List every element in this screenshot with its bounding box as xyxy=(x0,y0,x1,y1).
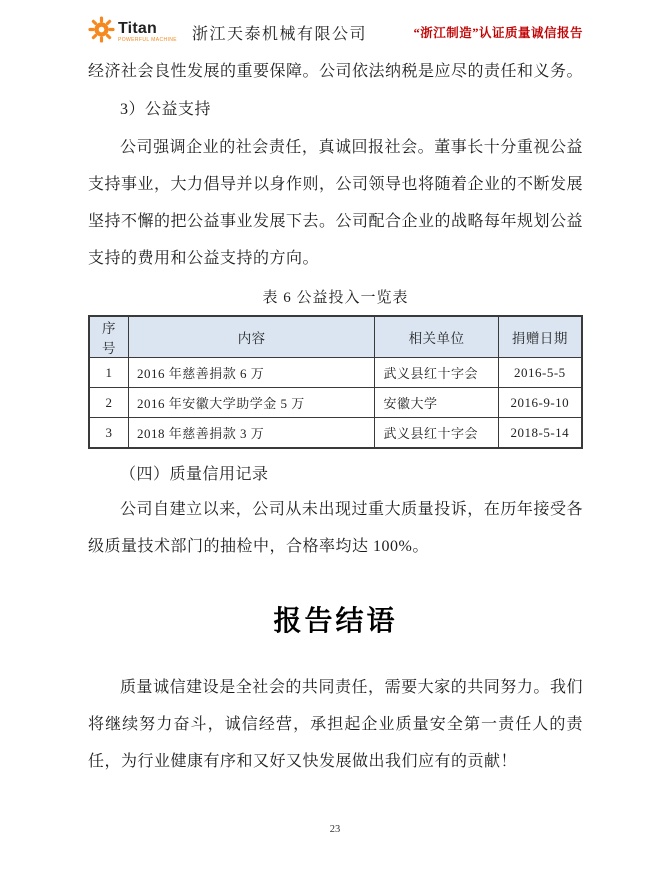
titan-logo: Titan POWERFUL MACHINE xyxy=(88,16,180,48)
cell-org: 武义县红十字会 xyxy=(375,358,498,388)
gear-icon xyxy=(88,16,115,48)
cell-org: 安徽大学 xyxy=(375,388,498,418)
cell-date: 2016-5-5 xyxy=(498,358,582,388)
page-number: 23 xyxy=(0,824,670,835)
intro-line: 经济社会良性发展的重要保障。公司依法纳税是应尽的责任和义务。 xyxy=(88,58,583,86)
cell-item: 2016 年安徽大学助学金 5 万 xyxy=(128,388,375,418)
cell-no: 1 xyxy=(89,358,128,388)
cell-item: 2016 年慈善捐款 6 万 xyxy=(128,358,375,388)
record-heading: （四）质量信用记录 xyxy=(88,461,583,489)
conclusion-paragraph: 质量诚信建设是全社会的共同责任，需要大家的共同努力。我们将继续努力奋斗，诚信经营… xyxy=(88,669,583,780)
cell-no: 2 xyxy=(89,388,128,418)
table-header-date: 捐赠日期 xyxy=(498,316,582,358)
cell-item: 2018 年慈善捐款 3 万 xyxy=(128,418,375,449)
report-title: “浙江制造”认证质量诚信报告 xyxy=(413,23,583,41)
table-header-org: 相关单位 xyxy=(375,316,498,358)
cell-org: 武义县红十字会 xyxy=(375,418,498,449)
table-header-no: 序号 xyxy=(89,316,128,358)
report-page: Titan POWERFUL MACHINE 浙江天泰机械有限公司 “浙江制造”… xyxy=(0,0,670,873)
table-header-item: 内容 xyxy=(128,316,375,358)
welfare-table: 序号 内容 相关单位 捐赠日期 1 2016 年慈善捐款 6 万 武义县红十字会… xyxy=(88,315,583,449)
page-header: Titan POWERFUL MACHINE 浙江天泰机械有限公司 “浙江制造”… xyxy=(88,12,583,52)
table-row: 2 2016 年安徽大学助学金 5 万 安徽大学 2016-9-10 xyxy=(89,388,582,418)
record-paragraph: 公司自建立以来，公司从未出现过重大质量投诉，在历年接受各级质量技术部门的抽检中，… xyxy=(88,491,583,565)
logo-brand: Titan xyxy=(118,21,177,37)
table-caption: 表 6 公益投入一览表 xyxy=(88,286,583,310)
cell-no: 3 xyxy=(89,418,128,449)
cell-date: 2018-5-14 xyxy=(498,418,582,449)
company-name: 浙江天泰机械有限公司 xyxy=(192,21,367,44)
table-row: 3 2018 年慈善捐款 3 万 武义县红十字会 2018-5-14 xyxy=(89,418,582,449)
welfare-paragraph: 公司强调企业的社会责任，真诚回报社会。董事长十分重视公益支持事业，大力倡导并以身… xyxy=(88,129,583,277)
table-header-row: 序号 内容 相关单位 捐赠日期 xyxy=(89,316,582,358)
table-row: 1 2016 年慈善捐款 6 万 武义县红十字会 2016-5-5 xyxy=(89,358,582,388)
cell-date: 2016-9-10 xyxy=(498,388,582,418)
conclusion-title: 报告结语 xyxy=(88,599,583,639)
logo-text: Titan POWERFUL MACHINE xyxy=(118,21,177,43)
welfare-heading: 3）公益支持 xyxy=(88,96,583,124)
logo-tagline: POWERFUL MACHINE xyxy=(118,38,177,43)
